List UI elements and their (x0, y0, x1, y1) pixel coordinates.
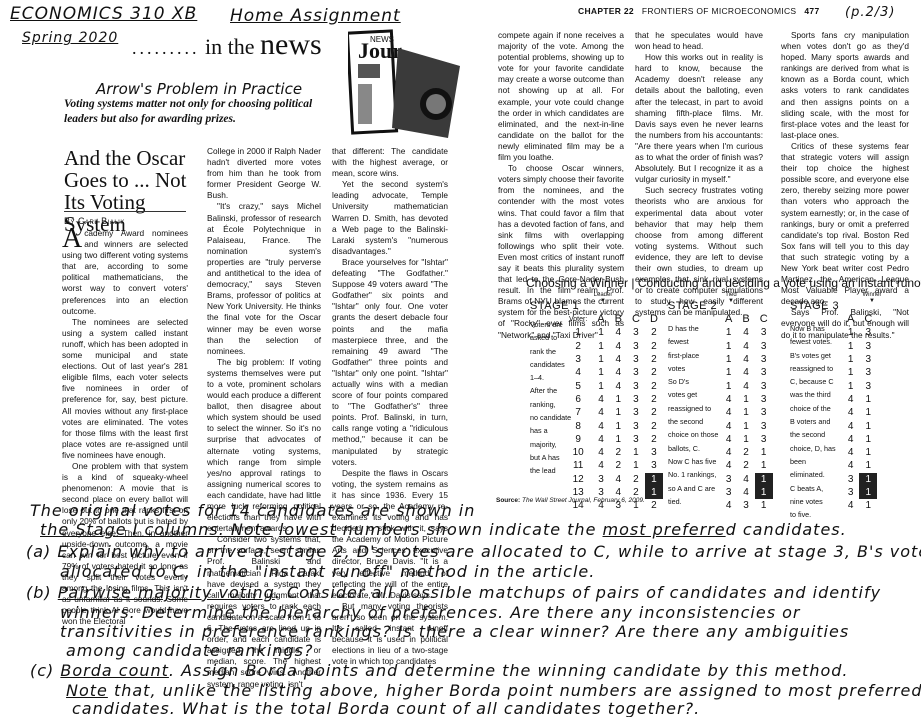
leader-dots: ......... (132, 38, 200, 58)
table-cell: 1 (842, 379, 859, 392)
table-cell: 2 (564, 340, 592, 353)
paragraph: compete again if none receives a majorit… (498, 30, 624, 163)
table-cell: 1 (859, 406, 877, 419)
question-b-line-2: winners. Determine the hierarchy of pref… (60, 602, 800, 623)
table-cell: 1 (592, 366, 609, 379)
table-row: 413 (720, 393, 773, 406)
table-row: 104213 (564, 446, 663, 459)
table-cell: 2 (737, 446, 754, 459)
table-row: 41 (842, 393, 877, 406)
table-cell: 7 (564, 406, 592, 419)
borda-title: Borda count (60, 661, 169, 680)
note-line: the second (790, 428, 842, 441)
table-row: 21432 (564, 340, 663, 353)
table-cell: 3 (859, 353, 877, 366)
table-cell: 3 (627, 393, 645, 406)
table-cell: 4 (720, 459, 737, 472)
question-a-line-1: (a) Explain why to arrive at stage 2, D'… (26, 541, 921, 562)
table-cell: 3 (645, 446, 663, 459)
note-line: Now C has five (668, 455, 724, 468)
table-cell: 12 (564, 473, 592, 486)
table-cell: 4 (610, 353, 627, 366)
table-row: 31 (842, 473, 877, 486)
chart-subtitle: Conducting and deciding a vote using an … (638, 276, 921, 290)
column-header: C (859, 313, 877, 326)
table-row: 143 (720, 340, 773, 353)
table-cell: 2 (645, 340, 663, 353)
table-cell: 2 (737, 459, 754, 472)
table-row: 41 (842, 433, 877, 446)
down-arrow-icon: ▼ (862, 298, 882, 304)
table-cell: 4 (610, 340, 627, 353)
table-row: 143 (720, 326, 773, 339)
table-cell: 1 (610, 406, 627, 419)
table-cell: 4 (737, 473, 754, 486)
assignment-title: Home Assignment (230, 6, 401, 26)
chapter-title: FRONTIERS OF MICROECONOMICS (642, 6, 797, 16)
table-cell: 4 (720, 419, 737, 432)
question-c-line-1: (c) Borda count. Assign Borda points and… (30, 660, 848, 681)
question-b-line-3: transitivities in preference rankings? I… (60, 621, 849, 642)
chart-title-main: Choosing a Winner (526, 276, 628, 290)
table-cell: 3 (842, 486, 859, 499)
table-row: 13 (842, 353, 877, 366)
table-cell: 3 (592, 473, 609, 486)
column-header: A (720, 313, 737, 326)
article-byline: By Carl Bialik (64, 211, 186, 226)
note-line: tied. (668, 495, 724, 508)
down-arrow-icon: ▼ (721, 298, 741, 304)
stage-3-table: AC1313131313414141414141313141 (842, 313, 877, 512)
stage-3-note: Now B hasfewest votes.B's votes getreass… (790, 322, 842, 521)
table-row: 421 (720, 446, 773, 459)
intro-line-2: the Stage I columns. Note lowest numbers… (40, 519, 847, 540)
table-cell: 2 (645, 433, 663, 446)
table-cell: 1 (720, 353, 737, 366)
lowest-label: lowest (279, 520, 337, 539)
table-row: 13 (842, 326, 877, 339)
leader-marker: Leader ▼ (593, 292, 613, 304)
table-cell: 4 (737, 340, 754, 353)
table-row: 421 (720, 459, 773, 472)
article-column-6: Sports fans cry manipulation when votes … (781, 30, 909, 341)
stage-1-label: STAGE 1 (530, 300, 579, 312)
table-cell: 1 (842, 340, 859, 353)
page-marker: (p.2/3) (845, 5, 895, 20)
table-row: 31 (842, 486, 877, 499)
table-cell: 1 (755, 486, 773, 499)
question-b-line-4: among candidate rankings? (66, 640, 313, 661)
table-cell: 1 (859, 419, 877, 432)
table-cell: 3 (859, 379, 877, 392)
table-cell: 2 (645, 393, 663, 406)
table-cell: 2 (645, 499, 663, 512)
table-cell: 1 (737, 433, 754, 446)
in-the-news-banner: ......... in the news (132, 28, 322, 62)
table-cell: 2 (610, 446, 627, 459)
note-line: choice, D, has (790, 442, 842, 455)
course-title: ECONOMICS 310 XB (10, 4, 197, 24)
paragraph: Yet the second system's leading advocate… (332, 179, 448, 257)
table-cell: 4 (842, 419, 859, 432)
table-cell: 1 (645, 486, 663, 499)
table-row: 13 (842, 379, 877, 392)
table-cell: 1 (645, 473, 663, 486)
table-cell: 1 (564, 326, 592, 339)
note-line: No. 1 rankings, (668, 468, 724, 481)
pairwise-title: Pairwise majority voting (58, 583, 275, 602)
note-line: so A and C are (668, 482, 724, 495)
table-row: 143 (720, 353, 773, 366)
table-cell: 4 (720, 499, 737, 512)
table-cell: 4 (737, 326, 754, 339)
news-label: news (260, 28, 322, 61)
table-cell: 3 (627, 419, 645, 432)
table-cell: 4 (592, 419, 609, 432)
table-cell: 3 (627, 353, 645, 366)
table-cell: 4 (842, 406, 859, 419)
table-cell: 1 (755, 446, 773, 459)
note-line: fewest (668, 335, 724, 348)
page-number: 477 (804, 6, 819, 16)
table-cell: 9 (564, 433, 592, 446)
table-cell: 1 (859, 459, 877, 472)
stage-2-note: D has thefewestfirst-placevotesSo D'svot… (668, 322, 724, 508)
note-line: C, because C (790, 375, 842, 388)
table-row: 11432 (564, 326, 663, 339)
table-cell: 3 (859, 340, 877, 353)
chapter-number: CHAPTER 22 (578, 6, 634, 16)
table-cell: 2 (645, 353, 663, 366)
table-cell: 1 (842, 353, 859, 366)
paragraph: How this works out in reality is hard to… (635, 52, 763, 185)
feature-subtitle: Voting systems matter not only for choos… (64, 97, 344, 127)
note-line: was the third (790, 388, 842, 401)
table-cell: 4 (737, 353, 754, 366)
table-cell: 4 (842, 459, 859, 472)
table-cell: 1 (737, 406, 754, 419)
note-line: D has the (668, 322, 724, 335)
table-cell: 3 (720, 473, 737, 486)
stage-2-label: STAGE 2 (668, 300, 717, 312)
table-cell: 1 (859, 473, 877, 486)
table-cell: 3 (564, 353, 592, 366)
intro-text: numbers shown indicate the (337, 520, 603, 539)
table-cell: 2 (627, 473, 645, 486)
chapter-header: CHAPTER 22 FRONTIERS OF MICROECONOMICS 4… (578, 6, 820, 16)
table-cell: 4 (592, 459, 609, 472)
table-cell: 3 (755, 366, 773, 379)
paragraph: Brace yourselves for "Ishtar" defeating … (332, 257, 448, 468)
table-cell: 1 (627, 446, 645, 459)
table-cell: 2 (645, 366, 663, 379)
note-line: votes (668, 362, 724, 375)
table-cell: 3 (842, 473, 859, 486)
dropcap: A (62, 228, 82, 250)
note-line: been (790, 455, 842, 468)
table-cell: 4 (592, 446, 609, 459)
paragraph: that different: The candidate with the h… (332, 146, 448, 179)
note-line: the second (668, 415, 724, 428)
table-cell: 6 (564, 393, 592, 406)
newspaper-image: Jour NEWS (348, 28, 438, 128)
column-header: B (737, 313, 754, 326)
table-cell: 2 (645, 379, 663, 392)
table-row: 13 (842, 366, 877, 379)
table-cell: 10 (564, 446, 592, 459)
table-cell: 4 (720, 433, 737, 446)
stage-columns-text: the Stage I columns. (40, 520, 231, 539)
table-row: 84132 (564, 419, 663, 432)
table-row: 41 (842, 446, 877, 459)
title-separator: | (628, 276, 638, 290)
table-row: 94132 (564, 433, 663, 446)
table-row: 413 (720, 419, 773, 432)
table-cell: 1 (610, 393, 627, 406)
paragraph: College in 2000 if Ralph Nader hadn't di… (207, 146, 321, 201)
note-line: ballots, C. (668, 442, 724, 455)
table-cell: 1 (592, 326, 609, 339)
feature-title: Arrow's Problem in Practice (96, 80, 302, 98)
table-cell: 1 (720, 340, 737, 353)
note-line: nine votes (790, 495, 842, 508)
table-cell: 4 (610, 473, 627, 486)
note-line: votes get (668, 388, 724, 401)
table-cell: 1 (859, 393, 877, 406)
chart-title: Choosing a Winner | Conducting and decid… (526, 276, 921, 290)
table-cell: 1 (592, 340, 609, 353)
stage-3-label: STAGE 3 (790, 300, 839, 312)
down-arrow-icon: ▼ (593, 298, 613, 304)
paragraph: "It's crazy," says Michel Balinski, prof… (207, 201, 321, 356)
table-row: 123421 (564, 473, 663, 486)
note-line: Now B has (790, 322, 842, 335)
chart-source: Source: The Wall Street Journal, Februar… (496, 497, 645, 504)
paragraph: The nominees are selected using a system… (62, 317, 188, 461)
table-cell: 3 (859, 366, 877, 379)
table-cell: 4 (842, 433, 859, 446)
table-row: 143 (720, 366, 773, 379)
note-line: So D's (668, 375, 724, 388)
note-line: B voters and (790, 415, 842, 428)
table-cell: 3 (627, 379, 645, 392)
note-line: choice of the (790, 402, 842, 415)
question-b-label: (b) (26, 583, 58, 602)
table-row: 431 (720, 499, 773, 512)
table-row: 41 (842, 406, 877, 419)
table-cell: 4 (842, 499, 859, 512)
table-cell: 4 (564, 366, 592, 379)
column-header: C (627, 313, 645, 326)
paragraph: Such secrecy frustrates voting theorists… (635, 185, 763, 318)
table-row: 114213 (564, 459, 663, 472)
table-cell: 1 (859, 446, 877, 459)
column-header: B (610, 313, 627, 326)
table-cell: 4 (592, 433, 609, 446)
table-cell: 2 (645, 406, 663, 419)
table-cell: 3 (755, 393, 773, 406)
table-cell: 4 (720, 406, 737, 419)
table-cell: 3 (755, 379, 773, 392)
table-cell: 1 (720, 326, 737, 339)
table-cell: 4 (737, 366, 754, 379)
table-cell: 4 (737, 379, 754, 392)
most-preferred-label: most preferre (603, 520, 726, 539)
table-cell: 1 (592, 353, 609, 366)
table-cell: 4 (842, 393, 859, 406)
table-cell: 3 (720, 486, 737, 499)
table-cell: 1 (859, 499, 877, 512)
note-line: first-place (668, 349, 724, 362)
table-cell: 1 (737, 419, 754, 432)
table-cell: 1 (755, 473, 773, 486)
table-cell: 3 (737, 499, 754, 512)
table-cell: 1 (627, 459, 645, 472)
table-cell: 2 (645, 326, 663, 339)
table-row: 31432 (564, 353, 663, 366)
table-cell: 4 (592, 393, 609, 406)
table-row: 41 (842, 459, 877, 472)
note-line: choice on those (668, 428, 724, 441)
note-line: reassigned to (668, 402, 724, 415)
table-row: 413 (720, 406, 773, 419)
newspaper-coffee-icon: Jour NEWS (348, 28, 460, 140)
table-cell: 1 (842, 326, 859, 339)
table-cell: 1 (755, 499, 773, 512)
question-c-label: (c) (30, 661, 60, 680)
table-cell: 4 (610, 326, 627, 339)
intro-end: d candidates. (726, 520, 847, 539)
table-row: 41 (842, 499, 877, 512)
table-cell: 3 (755, 406, 773, 419)
winner-marker: Winner ▼ (862, 292, 882, 304)
table-cell: 1 (755, 459, 773, 472)
table-cell: 1 (592, 379, 609, 392)
table-row: 341 (720, 486, 773, 499)
source-text: The Wall Street Journal, February 6, 200… (522, 497, 645, 504)
question-c-text: . Assign Borda points and determine the … (169, 661, 849, 680)
intro-line-1: The original votes for 14 candidates are… (30, 500, 475, 521)
table-cell: 4 (737, 486, 754, 499)
note-label: Note (231, 520, 273, 539)
table-cell: 3 (627, 326, 645, 339)
table-cell: 1 (859, 433, 877, 446)
table-cell: 2 (645, 419, 663, 432)
question-a-line-2: allocated to C, in the "instant runoff" … (60, 561, 595, 582)
question-b-text: . Consider all possible matchups of pair… (275, 583, 881, 602)
paragraph: that he speculates would have won head t… (635, 30, 763, 52)
stage-1-table: Voter:ABCD114322143231432414325143264132… (564, 313, 663, 512)
table-cell: 1 (842, 366, 859, 379)
table-cell: 4 (842, 446, 859, 459)
table-cell: 4 (592, 406, 609, 419)
table-cell: 3 (859, 326, 877, 339)
table-row: 51432 (564, 379, 663, 392)
question-b-line-1: (b) Pairwise majority voting. Consider a… (26, 582, 881, 603)
table-cell: 3 (755, 419, 773, 432)
table-cell: 4 (720, 446, 737, 459)
table-cell: 1 (720, 379, 737, 392)
table-cell: 1 (737, 393, 754, 406)
table-cell: 4 (610, 366, 627, 379)
note-line: C beats A, (790, 482, 842, 495)
table-cell: 3 (755, 326, 773, 339)
source-label: Source: (496, 497, 520, 504)
note-line: reassigned to (790, 362, 842, 375)
table-cell: 3 (755, 433, 773, 446)
table-cell: 1 (720, 366, 737, 379)
table-cell: 3 (755, 340, 773, 353)
column-header: Voter: (564, 313, 592, 326)
table-cell: 5 (564, 379, 592, 392)
table-cell: 1 (859, 486, 877, 499)
table-row: 341 (720, 473, 773, 486)
table-cell: 2 (610, 459, 627, 472)
column-header: D (645, 313, 663, 326)
table-cell: 3 (755, 353, 773, 366)
table-cell: 1 (610, 419, 627, 432)
table-row: 13 (842, 340, 877, 353)
table-cell: 3 (645, 459, 663, 472)
table-cell: 4 (610, 379, 627, 392)
tied-marker: Tied ▼ (721, 292, 741, 304)
note-line: eliminated. (790, 468, 842, 481)
table-row: 143 (720, 379, 773, 392)
question-c-line-3: candidates. What is the total Borda coun… (72, 698, 700, 717)
table-row: 41 (842, 419, 877, 432)
table-cell: 11 (564, 459, 592, 472)
table-cell: 3 (627, 433, 645, 446)
note-line: B's votes get (790, 349, 842, 362)
table-row: 413 (720, 433, 773, 446)
stage-2-table: ABC1431431431431434134134134134214213413… (720, 313, 773, 512)
table-cell: 4 (720, 393, 737, 406)
table-row: 41432 (564, 366, 663, 379)
table-row: 74132 (564, 406, 663, 419)
svg-text:NEWS: NEWS (370, 35, 394, 44)
note-line: fewest votes. (790, 335, 842, 348)
table-cell: 3 (627, 340, 645, 353)
table-cell: 3 (627, 406, 645, 419)
table-row: 64132 (564, 393, 663, 406)
term-label: Spring 2020 (22, 30, 118, 46)
in-the-label: in the (205, 34, 260, 59)
column-header: A (842, 313, 859, 326)
column-header: A (592, 313, 609, 326)
table-cell: 3 (627, 366, 645, 379)
column-header: C (755, 313, 773, 326)
table-cell: 8 (564, 419, 592, 432)
table-cell: 1 (610, 433, 627, 446)
paragraph: Sports fans cry manipulation when votes … (781, 30, 909, 141)
